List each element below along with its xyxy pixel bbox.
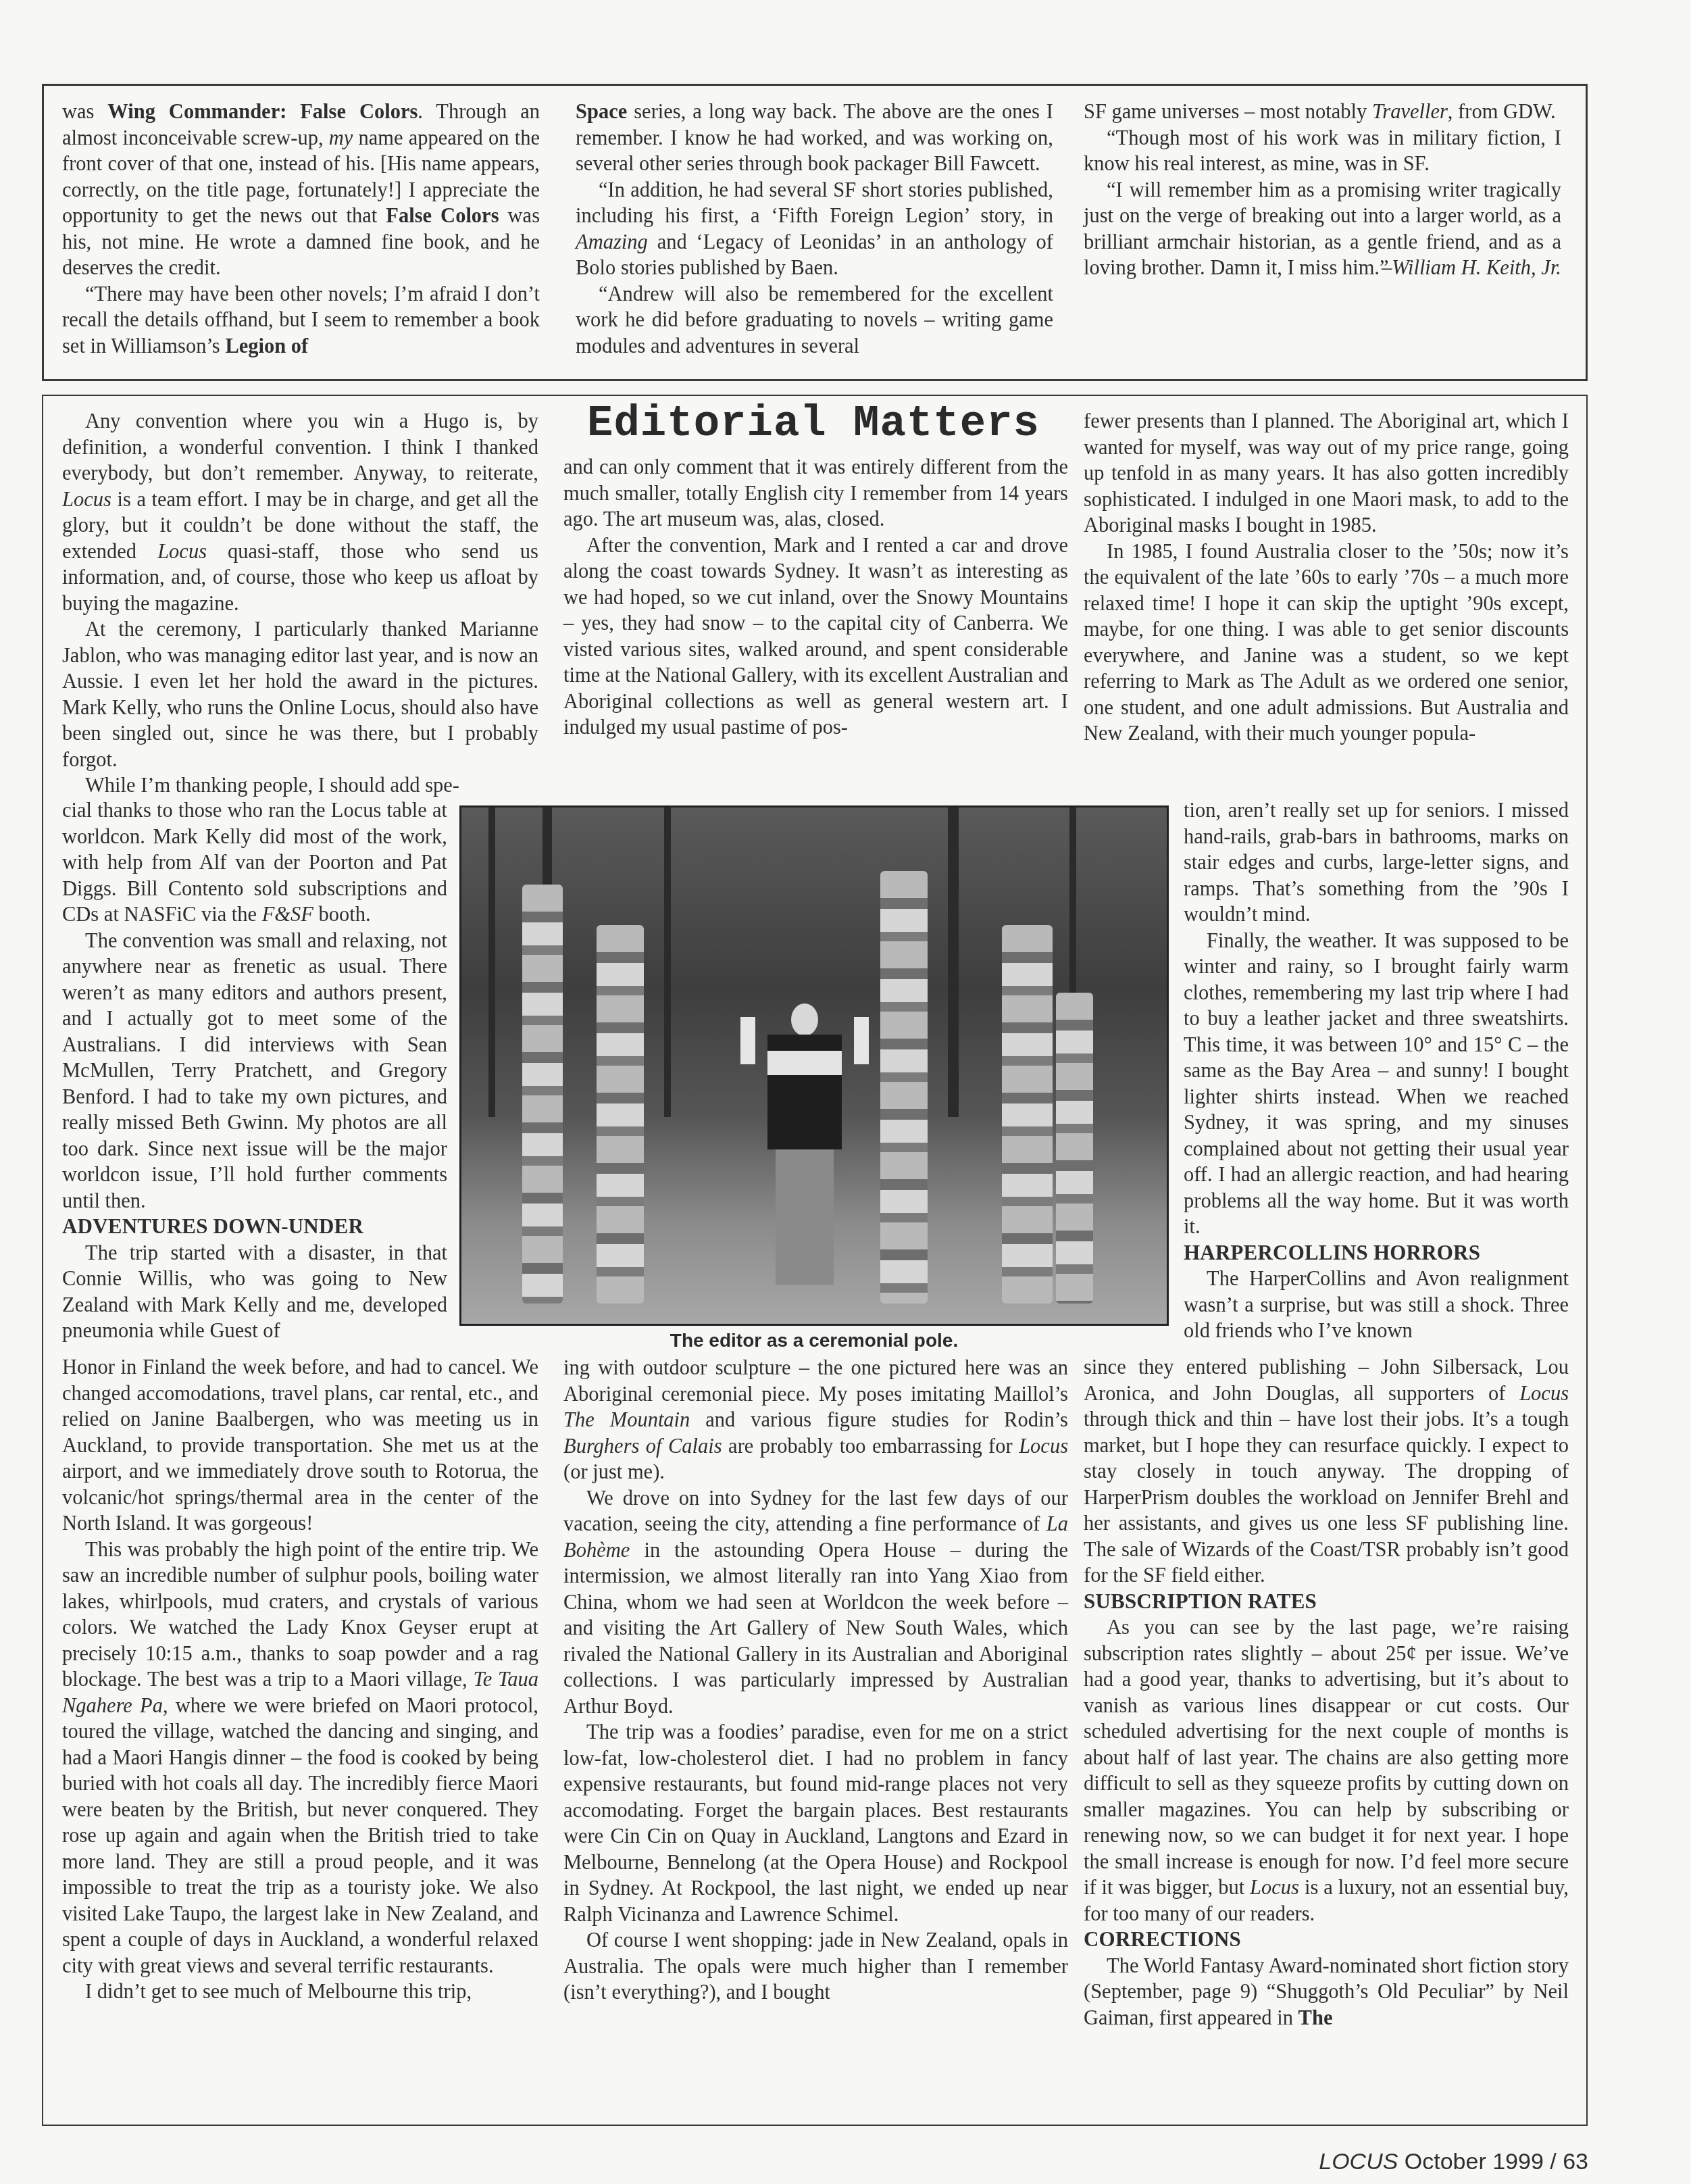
editorial-column-3-top: fewer presents than I planned. The Abori…: [1084, 408, 1569, 747]
editorial-column-1-top: Any convention where you win a Hugo is, …: [62, 408, 538, 799]
photo-caption: The editor as a ceremonial pole.: [459, 1329, 1169, 1353]
paragraph: The trip started with a disaster, in tha…: [62, 1240, 447, 1344]
paragraph: “Andrew will also be remembered for the …: [576, 281, 1053, 359]
paragraph: “There may have been other novels; I’m a…: [62, 281, 540, 359]
editorial-column-3-bottom: since they entered publishing – John Sil…: [1084, 1354, 1569, 2031]
editorial-column-1-bottom: Honor in Finland the week before, and ha…: [62, 1354, 538, 2005]
paragraph: The convention was small and relaxing, n…: [62, 928, 447, 1214]
ceremonial-pole: [597, 925, 644, 1304]
editorial-column-1-narrow: cial thanks to those who ran the Locus t…: [62, 797, 447, 1344]
paragraph: ing with outdoor sculpture – the one pic…: [563, 1355, 1068, 1485]
editorial-column-3-narrow: tion, aren’t really set up for seniors. …: [1184, 797, 1569, 1344]
obituary-column-2: Space series, a long way back. The above…: [576, 99, 1053, 359]
paragraph: We drove on into Sydney for the last few…: [563, 1485, 1068, 1720]
paragraph: SF game universes – most notably Travell…: [1084, 99, 1561, 125]
paragraph: I didn’t get to see much of Melbourne th…: [62, 1979, 538, 2005]
head-shape: [791, 1003, 818, 1036]
paragraph: This was probably the high point of the …: [62, 1537, 538, 1979]
editorial-column-2-bottom: ing with outdoor sculpture – the one pic…: [563, 1355, 1068, 2006]
page-footer: LOCUS October 1999 / 63: [1319, 2149, 1588, 2175]
paragraph: Finally, the weather. It was supposed to…: [1184, 928, 1569, 1240]
ceremonial-pole: [1056, 993, 1093, 1304]
editor-photo: [459, 805, 1169, 1326]
paragraph: Any convention where you win a Hugo is, …: [62, 408, 538, 616]
obituary-signature: –William H. Keith, Jr.: [1382, 255, 1561, 281]
editorial-column-2-top: and can only comment that it was entirel…: [563, 454, 1068, 741]
paragraph: since they entered publishing – John Sil…: [1084, 1354, 1569, 1589]
ceremonial-pole: [522, 885, 563, 1304]
arm-shape: [854, 1017, 869, 1064]
magazine-name: LOCUS: [1319, 2149, 1398, 2175]
paragraph: The World Fantasy Award-nominated short …: [1084, 1953, 1569, 2031]
paragraph: fewer presents than I planned. The Abori…: [1084, 408, 1569, 539]
paragraph: In 1985, I found Australia closer to the…: [1084, 539, 1569, 747]
paragraph: Of course I went shopping: jade in New Z…: [563, 1927, 1068, 2006]
paragraph: Honor in Finland the week before, and ha…: [62, 1354, 538, 1537]
section-heading: ADVENTURES DOWN-UNDER: [62, 1214, 447, 1240]
obituary-column-3: SF game universes – most notably Travell…: [1084, 99, 1561, 281]
issue-and-page: October 1999 / 63: [1405, 2149, 1588, 2175]
paragraph: After the convention, Mark and I rented …: [563, 532, 1068, 741]
paragraph: tion, aren’t really set up for seniors. …: [1184, 797, 1569, 928]
paragraph: “In addition, he had several SF short st…: [576, 177, 1053, 281]
paragraph: While I’m thanking people, I should add …: [62, 772, 538, 799]
tree-shape: [488, 808, 495, 1117]
section-heading: HARPERCOLLINS HORRORS: [1184, 1240, 1569, 1266]
magazine-page: was Wing Commander: False Colors. Throug…: [0, 0, 1691, 2184]
tree-shape: [664, 808, 671, 1117]
editorial-title: Editorial Matters: [550, 399, 1077, 450]
section-heading: SUBSCRIPTION RATES: [1084, 1589, 1569, 1615]
legs-shape: [776, 1149, 834, 1285]
paragraph: was Wing Commander: False Colors. Throug…: [62, 99, 540, 281]
ceremonial-pole: [880, 871, 928, 1304]
paragraph: “Though most of his work was in military…: [1084, 125, 1561, 177]
paragraph: and can only comment that it was entirel…: [563, 454, 1068, 532]
paragraph: cial thanks to those who ran the Locus t…: [62, 797, 447, 928]
tree-shape: [948, 808, 959, 1117]
arm-shape: [740, 1017, 755, 1064]
paragraph: The HarperCollins and Avon realignment w…: [1184, 1266, 1569, 1344]
section-heading: CORRECTIONS: [1084, 1927, 1569, 1953]
paragraph: As you can see by the last page, we’re r…: [1084, 1614, 1569, 1927]
obituary-column-1: was Wing Commander: False Colors. Throug…: [62, 99, 540, 359]
editor-figure: [767, 1003, 842, 1294]
ceremonial-pole: [1002, 925, 1053, 1304]
sweater-stripe: [767, 1051, 842, 1075]
paragraph: Space series, a long way back. The above…: [576, 99, 1053, 177]
obituary-column-3-text: SF game universes – most notably Travell…: [1084, 99, 1561, 281]
paragraph: The trip was a foodies’ paradise, even f…: [563, 1719, 1068, 1927]
paragraph: At the ceremony, I particularly thanked …: [62, 616, 538, 772]
